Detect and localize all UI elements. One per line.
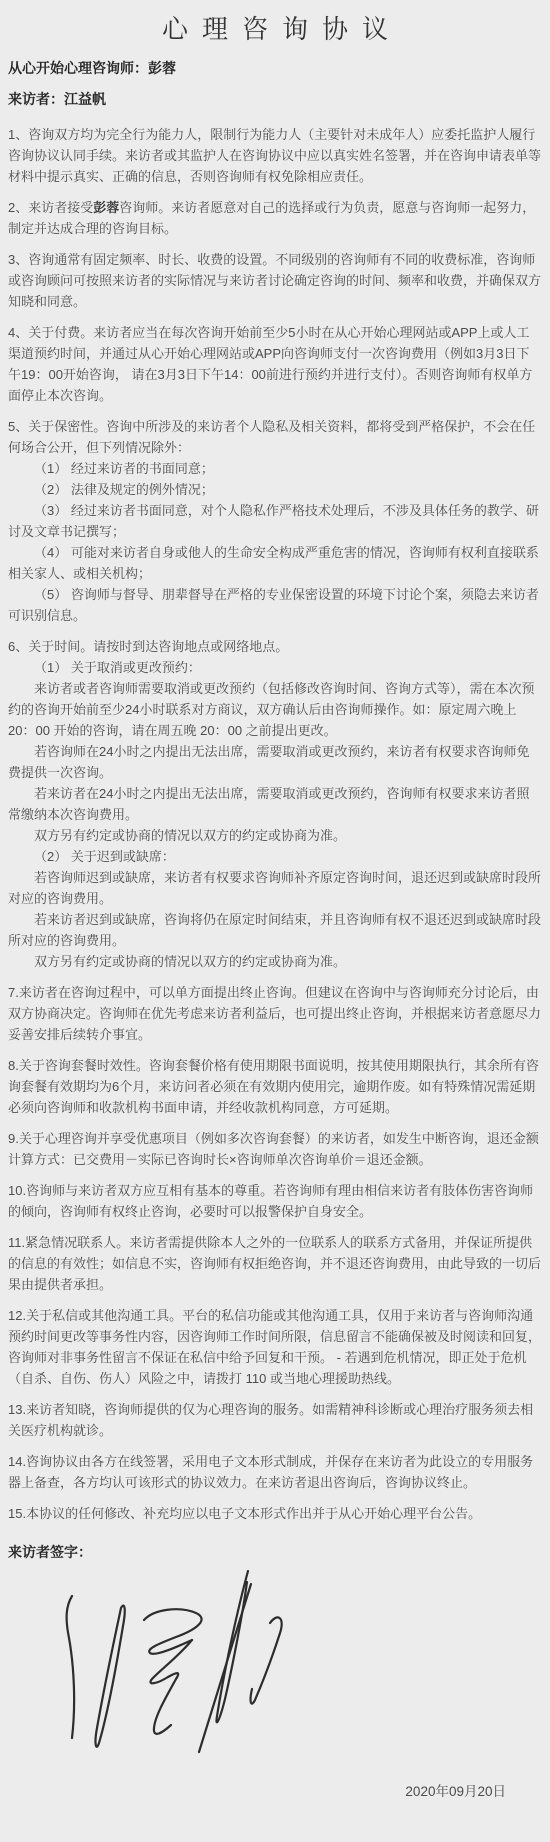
paragraph-text: 10.咨询师与来访者双方应互相有基本的尊重。若咨询师有理由相信来访者有肢体伤害咨… (8, 1183, 533, 1219)
agreement-block: 2、来访者接受彭蓉咨询师。来访者愿意对自己的选择或行为负责，愿意与咨询师一起努力… (8, 197, 542, 239)
paragraph-text: 来访者或者咨询师需要取消或更改预约（包括修改咨询时间、咨询方式等），需在本次预约… (8, 681, 535, 738)
agreement-paragraph: 8.关于咨询套餐时效性。咨询套餐价格有使用期限书面说明，按其使用期限执行，其余所… (8, 1055, 542, 1118)
agreement-paragraph: （2） 法律及规定的例外情况； (8, 479, 542, 500)
agreement-paragraph: 若咨询师在24小时之内提出无法出席，需要取消或更改预约，来访者有权要求咨询师免费… (8, 741, 542, 783)
paragraph-text: （1） 关于取消或更改预约： (34, 660, 201, 675)
agreement-paragraph: 10.咨询师与来访者双方应互相有基本的尊重。若咨询师有理由相信来访者有肢体伤害咨… (8, 1180, 542, 1222)
agreement-page: 心理咨询协议 从心开始心理咨询师：彭蓉 来访者：江益帆 1、咨询双方均为完全行为… (0, 0, 550, 1842)
paragraph-text: 若咨询师迟到或缺席，来访者有权要求咨询师补齐原定咨询时间，退还迟到或缺席时段所对… (8, 870, 541, 906)
agreement-paragraph: 若来访者在24小时之内提出无法出席，需要取消或更改预约，咨询师有权要求来访者照常… (8, 783, 542, 825)
paragraph-text: （2） 法律及规定的例外情况； (34, 482, 214, 497)
agreement-paragraph: （1） 关于取消或更改预约： (8, 657, 542, 678)
paragraph-text: 若咨询师在24小时之内提出无法出席，需要取消或更改预约，来访者有权要求咨询师免费… (8, 744, 529, 780)
client-line: 来访者：江益帆 (8, 89, 542, 109)
paragraph-text: 若来访者在24小时之内提出无法出席，需要取消或更改预约，咨询师有权要求来访者照常… (8, 786, 529, 822)
agreement-block: 14.咨询协议由各方在线签署，采用电子文本形式制成，并保存在来访者为此设立的专用… (8, 1451, 542, 1493)
agreement-paragraph: 4、关于付费。来访者应当在每次咨询开始前至少5小时在从心开始心理网站或APP上或… (8, 322, 542, 406)
paragraph-text: （1） 经过来访者的书面同意； (34, 461, 214, 476)
agreement-body: 1、咨询双方均为完全行为能力人，限制行为能力人（主要针对未成年人）应委托监护人履… (8, 124, 542, 1524)
agreement-paragraph: 11.紧急情况联系人。来访者需提供除本人之外的一位联系人的联系方式备用，并保证所… (8, 1232, 542, 1295)
agreement-paragraph: 若咨询师迟到或缺席，来访者有权要求咨询师补齐原定咨询时间，退还迟到或缺席时段所对… (8, 867, 542, 909)
paragraph-text: 5、关于保密性。咨询中所涉及的来访者个人隐私及相关资料，都将受到严格保护，不会在… (8, 419, 535, 455)
client-signature (58, 1566, 298, 1766)
agreement-paragraph: 12.关于私信或其他沟通工具。平台的私信功能或其他沟通工具，仅用于来访者与咨询师… (8, 1305, 542, 1389)
paragraph-text: 双方另有约定或协商的情况以双方的约定或协商为准。 (34, 954, 346, 969)
agreement-block: 11.紧急情况联系人。来访者需提供除本人之外的一位联系人的联系方式备用，并保证所… (8, 1232, 542, 1295)
paragraph-text: 4、关于付费。来访者应当在每次咨询开始前至少5小时在从心开始心理网站或APP上或… (8, 325, 532, 403)
signature-stroke (67, 1596, 75, 1738)
agreement-block: 5、关于保密性。咨询中所涉及的来访者个人隐私及相关资料，都将受到严格保护，不会在… (8, 416, 542, 626)
agreement-paragraph: 双方另有约定或协商的情况以双方的约定或协商为准。 (8, 825, 542, 846)
agreement-paragraph: （4） 可能对来访者自身或他人的生命安全构成严重危害的情况，咨询师有权利直接联系… (8, 542, 542, 584)
agreement-paragraph: （2） 关于迟到或缺席： (8, 846, 542, 867)
counselor-line: 从心开始心理咨询师：彭蓉 (8, 58, 542, 78)
agreement-paragraph: 1、咨询双方均为完全行为能力人，限制行为能力人（主要针对未成年人）应委托监护人履… (8, 124, 542, 187)
paragraph-text: 12.关于私信或其他沟通工具。平台的私信功能或其他沟通工具，仅用于来访者与咨询师… (8, 1308, 541, 1386)
agreement-block: 4、关于付费。来访者应当在每次咨询开始前至少5小时在从心开始心理网站或APP上或… (8, 322, 542, 406)
agreement-paragraph: 来访者或者咨询师需要取消或更改预约（包括修改咨询时间、咨询方式等），需在本次预约… (8, 678, 542, 741)
agreement-block: 3、咨询通常有固定频率、时长、收费的设置。不同级别的咨询师有不同的收费标准，咨询… (8, 249, 542, 312)
paragraph-text: 1、咨询双方均为完全行为能力人，限制行为能力人（主要针对未成年人）应委托监护人履… (8, 127, 541, 184)
paragraph-text: 7.来访者在咨询过程中，可以单方面提出终止咨询。但建议在咨询中与咨询师充分讨论后… (8, 985, 541, 1042)
agreement-paragraph: 7.来访者在咨询过程中，可以单方面提出终止咨询。但建议在咨询中与咨询师充分讨论后… (8, 982, 542, 1045)
paragraph-text: 9.关于心理咨询并享受优惠项目（例如多次咨询套餐）的来访者，如发生中断咨询，退还… (8, 1131, 539, 1167)
agreement-block: 13.来访者知晓，咨询师提供的仅为心理咨询的服务。如需精神科诊断或心理治疗服务须… (8, 1399, 542, 1441)
agreement-paragraph: 3、咨询通常有固定频率、时长、收费的设置。不同级别的咨询师有不同的收费标准，咨询… (8, 249, 542, 312)
agreement-paragraph: 13.来访者知晓，咨询师提供的仅为心理咨询的服务。如需精神科诊断或心理治疗服务须… (8, 1399, 542, 1441)
paragraph-text: 15.本协议的任何修改、补充均应以电子文本形式作出并于从心开始心理平台公告。 (8, 1506, 481, 1521)
agreement-paragraph: （1） 经过来访者的书面同意； (8, 458, 542, 479)
page-title: 心理咨询协议 (8, 10, 542, 48)
paragraph-text: 11.紧急情况联系人。来访者需提供除本人之外的一位联系人的联系方式备用，并保证所… (8, 1235, 541, 1292)
agreement-block: 15.本协议的任何修改、补充均应以电子文本形式作出并于从心开始心理平台公告。 (8, 1503, 542, 1524)
paragraph-text: 双方另有约定或协商的情况以双方的约定或协商为准。 (34, 828, 346, 843)
counselor-name-bold: 彭蓉 (93, 200, 119, 215)
agreement-paragraph: 5、关于保密性。咨询中所涉及的来访者个人隐私及相关资料，都将受到严格保护，不会在… (8, 416, 542, 458)
agreement-paragraph: 9.关于心理咨询并享受优惠项目（例如多次咨询套餐）的来访者，如发生中断咨询，退还… (8, 1128, 542, 1170)
signature-label: 来访者签字： (8, 1542, 542, 1562)
paragraph-text: 若来访者迟到或缺席，咨询将仍在原定时间结束，并且咨询师有权不退还迟到或缺席时段所… (8, 912, 541, 948)
signature-stroke (144, 1609, 202, 1654)
agreement-paragraph: 双方另有约定或协商的情况以双方的约定或协商为准。 (8, 951, 542, 972)
agreement-block: 7.来访者在咨询过程中，可以单方面提出终止咨询。但建议在咨询中与咨询师充分讨论后… (8, 982, 542, 1045)
agreement-block: 12.关于私信或其他沟通工具。平台的私信功能或其他沟通工具，仅用于来访者与咨询师… (8, 1305, 542, 1389)
paragraph-text: 3、咨询通常有固定频率、时长、收费的设置。不同级别的咨询师有不同的收费标准，咨询… (8, 252, 541, 309)
paragraph-text: （4） 可能对来访者自身或他人的生命安全构成严重危害的情况，咨询师有权利直接联系… (8, 545, 539, 581)
paragraph-text: （2） 关于迟到或缺席： (34, 849, 175, 864)
agreement-block: 6、关于时间。请按时到达咨询地点或网络地点。（1） 关于取消或更改预约：来访者或… (8, 636, 542, 972)
paragraph-text: 2、来访者接受 (8, 200, 93, 215)
agreement-block: 1、咨询双方均为完全行为能力人，限制行为能力人（主要针对未成年人）应委托监护人履… (8, 124, 542, 187)
paragraph-text: 13.来访者知晓，咨询师提供的仅为心理咨询的服务。如需精神科诊断或心理治疗服务须… (8, 1402, 533, 1438)
agreement-block: 8.关于咨询套餐时效性。咨询套餐价格有使用期限书面说明，按其使用期限执行，其余所… (8, 1055, 542, 1118)
agreement-paragraph: 6、关于时间。请按时到达咨询地点或网络地点。 (8, 636, 542, 657)
agreement-paragraph: （3） 经过来访者书面同意，对个人隐私作严格技术处理后，不涉及具体任务的教学、研… (8, 500, 542, 542)
paragraph-text: （3） 经过来访者书面同意，对个人隐私作严格技术处理后，不涉及具体任务的教学、研… (8, 503, 539, 539)
signature-stroke (199, 1584, 251, 1752)
agreement-paragraph: （5） 咨询师与督导、朋辈督导在严格的专业保密设置的环境下讨论个案，须隐去来访者… (8, 584, 542, 626)
agreement-block: 9.关于心理咨询并享受优惠项目（例如多次咨询套餐）的来访者，如发生中断咨询，退还… (8, 1128, 542, 1170)
paragraph-text: 6、关于时间。请按时到达咨询地点或网络地点。 (8, 639, 288, 654)
signature-stroke (251, 1617, 282, 1703)
agreement-paragraph: 若来访者迟到或缺席，咨询将仍在原定时间结束，并且咨询师有权不退还迟到或缺席时段所… (8, 909, 542, 951)
paragraph-text: 14.咨询协议由各方在线签署，采用电子文本形式制成，并保存在来访者为此设立的专用… (8, 1454, 533, 1490)
signature-date: 2020年09月20日 (8, 1782, 506, 1802)
agreement-block: 10.咨询师与来访者双方应互相有基本的尊重。若咨询师有理由相信来访者有肢体伤害咨… (8, 1180, 542, 1222)
agreement-paragraph: 14.咨询协议由各方在线签署，采用电子文本形式制成，并保存在来访者为此设立的专用… (8, 1451, 542, 1493)
signature-stroke (96, 1606, 125, 1747)
agreement-paragraph: 15.本协议的任何修改、补充均应以电子文本形式作出并于从心开始心理平台公告。 (8, 1503, 542, 1524)
agreement-paragraph: 2、来访者接受彭蓉咨询师。来访者愿意对自己的选择或行为负责，愿意与咨询师一起努力… (8, 197, 542, 239)
paragraph-text: 8.关于咨询套餐时效性。咨询套餐价格有使用期限书面说明，按其使用期限执行，其余所… (8, 1058, 539, 1115)
paragraph-text: （5） 咨询师与督导、朋辈督导在严格的专业保密设置的环境下讨论个案，须隐去来访者… (8, 587, 539, 623)
